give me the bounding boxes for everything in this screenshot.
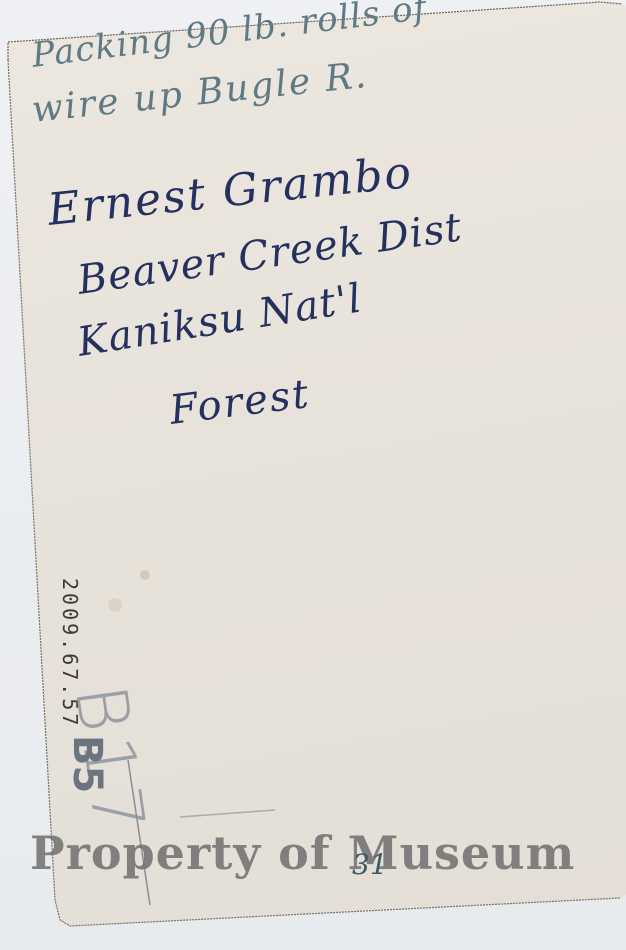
paper-stain (108, 598, 122, 612)
paper-stain (140, 570, 150, 580)
page-number: 31 (352, 848, 388, 881)
museum-watermark: Property of Museum (30, 826, 575, 880)
pencil-mark-small: B5 (64, 735, 110, 793)
